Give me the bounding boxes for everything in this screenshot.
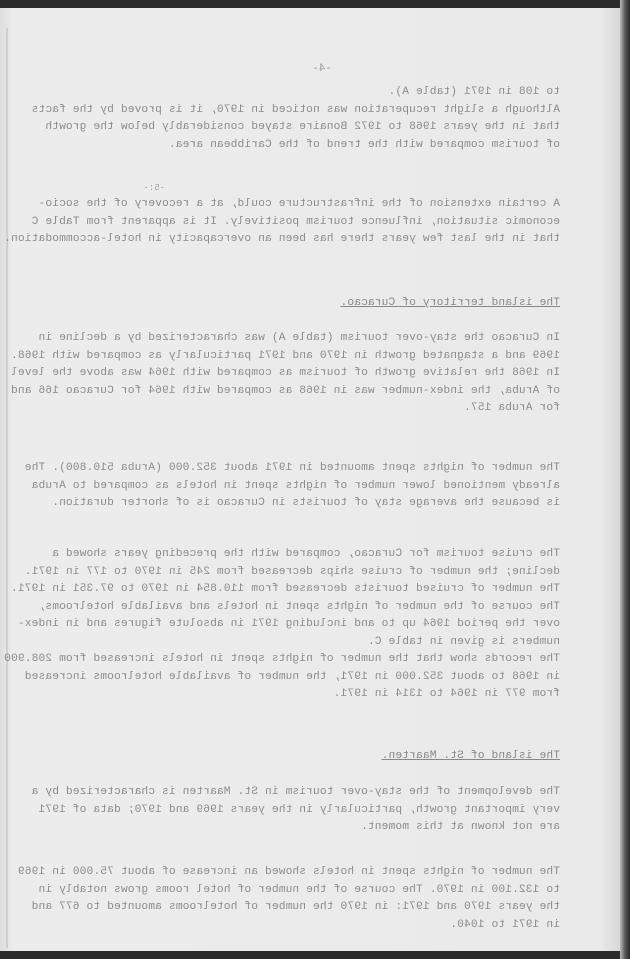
text-line: The number of nights spent in hotels sho… <box>18 864 560 882</box>
scanned-text-mirrored: -4- -5:- to 108 in 1971 (table A). Altho… <box>0 8 620 951</box>
text-line: The records show that the number of nigh… <box>4 651 560 669</box>
heading-text: The island territory of Curacao. <box>340 295 560 313</box>
text-line: Although a slight recuperation was notic… <box>32 102 561 120</box>
margin-stamp: -5:- <box>143 183 165 193</box>
text-line: The number of nights spent amounted in 1… <box>25 460 560 478</box>
document-page: -4- -5:- to 108 in 1971 (table A). Altho… <box>0 8 620 951</box>
text-line: the years 1970 and 1971: in 1970 the num… <box>18 899 560 917</box>
text-line: are not known at this moment. <box>32 819 561 837</box>
paragraph-3: In Curacao the stay-over tourism (table … <box>11 330 560 418</box>
text-line: that in the years 1968 to 1972 Bonaire s… <box>32 119 561 137</box>
page-right-edge <box>620 0 630 959</box>
text-line: very important growth, particularly in t… <box>32 802 561 820</box>
text-line: to 108 in 1971 (table A). <box>32 84 561 102</box>
text-line: already mentioned lower number of nights… <box>25 478 560 496</box>
text-line: in 1971 to 1040. <box>18 917 560 935</box>
text-line: The development of the stay-over tourism… <box>32 784 561 802</box>
text-line: The cruise tourism for Curacao, compared… <box>4 546 560 564</box>
text-line: of tourism compared with the trend of th… <box>32 137 561 155</box>
text-line: from 977 in 1964 to 1314 in 1971. <box>4 686 560 704</box>
paragraph-1: to 108 in 1971 (table A). Although a sli… <box>32 84 561 154</box>
paragraph-7: The number of nights spent in hotels sho… <box>18 864 560 934</box>
text-line: economic situation, influence tourism po… <box>4 214 560 232</box>
paragraph-2: A certain extension of the infrastructur… <box>4 196 560 249</box>
text-line: A certain extension of the infrastructur… <box>4 196 560 214</box>
text-line: numbers is given in table C. <box>4 634 560 652</box>
paragraph-5: The cruise tourism for Curacao, compared… <box>4 546 560 704</box>
heading-text: The island of St. Maarten. <box>382 748 560 766</box>
paragraph-4: The number of nights spent amounted in 1… <box>25 460 560 513</box>
page-number: -4- <box>312 63 332 75</box>
text-line: to 132.100 in 1970. The course of the nu… <box>18 882 560 900</box>
text-line: decline; the number of cruise ships decr… <box>4 564 560 582</box>
text-line: is because the average stay of tourists … <box>25 495 560 513</box>
text-line: 1969 and a stagnated growth in 1970 and … <box>11 348 560 366</box>
text-line: in 1968 to about 352.000 in 1971, the nu… <box>4 669 560 687</box>
text-line: In 1968 the relative growth of tourism a… <box>11 365 560 383</box>
text-line: In Curacao the stay-over tourism (table … <box>11 330 560 348</box>
text-line: The number of cruised tourists decreased… <box>4 581 560 599</box>
text-line: of Aruba, the index-number was in 1968 a… <box>11 383 560 401</box>
section-heading-curacao: The island territory of Curacao. <box>340 295 560 313</box>
text-line: The course of the number of nights spent… <box>4 599 560 617</box>
paragraph-6: The development of the stay-over tourism… <box>32 784 561 837</box>
section-heading-st-maarten: The island of St. Maarten. <box>382 748 560 766</box>
text-line: that in the last few years there has bee… <box>4 231 560 249</box>
text-line: over the period 1964 up to and including… <box>4 616 560 634</box>
text-line: for Aruba 157. <box>11 400 560 418</box>
